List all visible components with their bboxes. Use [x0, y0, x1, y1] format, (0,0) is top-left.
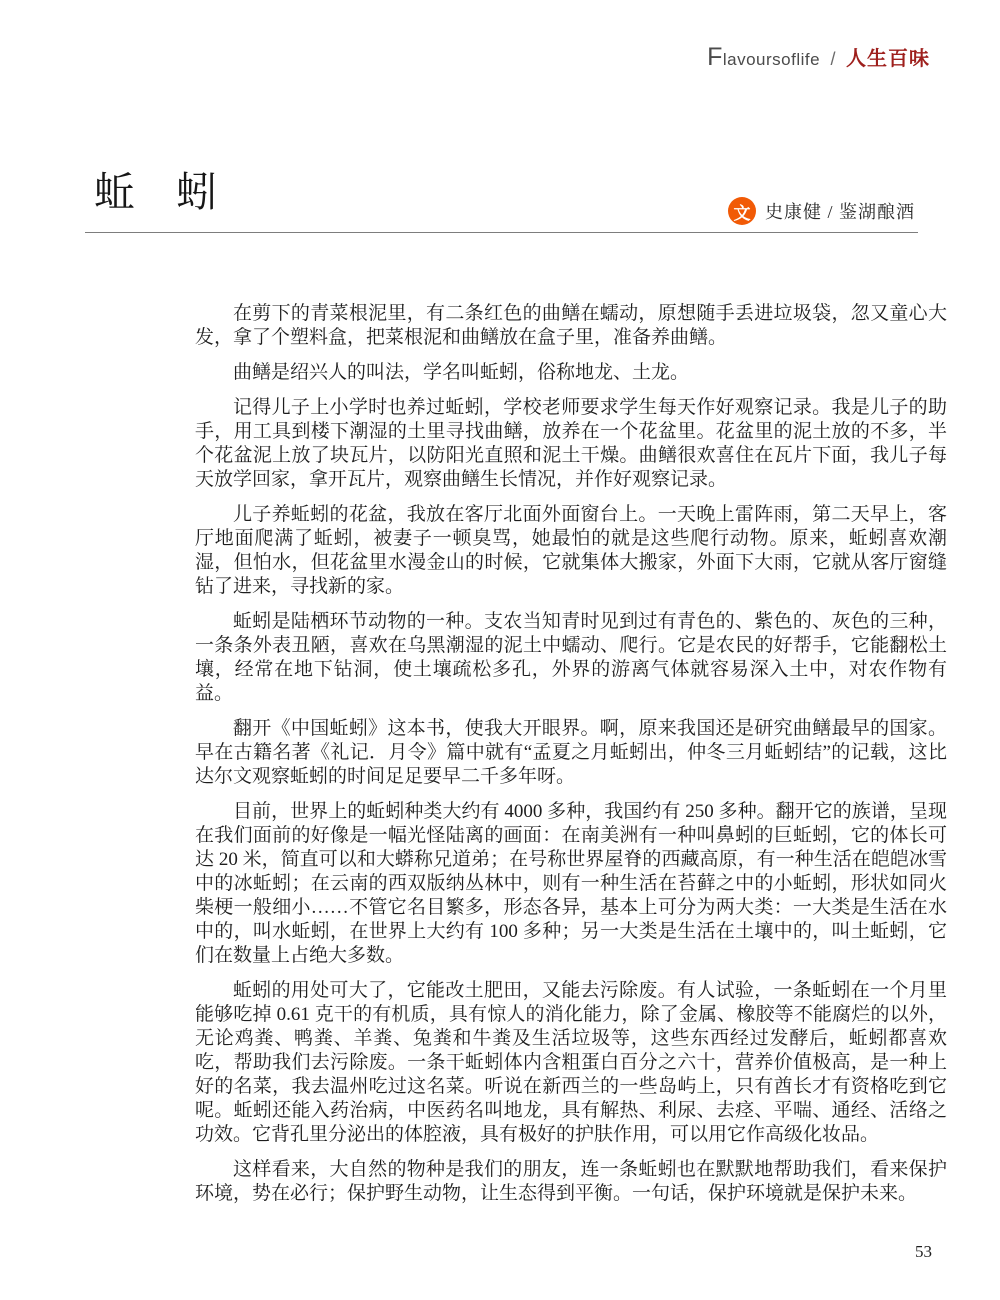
paragraph: 曲鳝是绍兴人的叫法，学名叫蚯蚓，俗称地龙、土龙。: [195, 361, 947, 385]
section-label: 人生百味: [846, 48, 930, 70]
brand-initial: F: [707, 43, 723, 71]
article-title: 蚯 蚓: [94, 168, 217, 217]
brand-name: lavoursoflife: [723, 50, 820, 69]
page-number: 53: [915, 1242, 932, 1262]
paragraph: 儿子养蚯蚓的花盆，我放在客厅北面外面窗台上。一天晚上雷阵雨，第二天早上，客厅地面…: [195, 503, 947, 599]
paragraph: 这样看来，大自然的物种是我们的朋友，连一条蚯蚓也在默默地帮助我们，看来保护环境，…: [195, 1158, 947, 1206]
byline-text: 史康健 / 鉴湖酿酒: [765, 198, 915, 224]
article-body: 在剪下的青菜根泥里，有二条红色的曲鳝在蠕动，原想随手丢进垃圾袋，忽又童心大发，拿…: [195, 302, 947, 1217]
header-separator: /: [831, 49, 836, 69]
paragraph: 在剪下的青菜根泥里，有二条红色的曲鳝在蠕动，原想随手丢进垃圾袋，忽又童心大发，拿…: [195, 302, 947, 350]
paragraph: 记得儿子上小学时也养过蚯蚓，学校老师要求学生每天作好观察记录。我是儿子的助手，用…: [195, 396, 947, 492]
page-header: Flavoursoflife / 人生百味: [707, 42, 930, 72]
magazine-page: Flavoursoflife / 人生百味 蚯 蚓 文 史康健 / 鉴湖酿酒 在…: [0, 0, 1000, 1300]
byline: 文 史康健 / 鉴湖酿酒: [728, 197, 915, 225]
paragraph: 蚯蚓是陆栖环节动物的一种。支农当知青时见到过有青色的、紫色的、灰色的三种，一条条…: [195, 610, 947, 706]
paragraph: 目前，世界上的蚯蚓种类大约有 4000 多种，我国约有 250 多种。翻开它的族…: [195, 800, 947, 968]
author-text-icon: 文: [728, 197, 756, 225]
title-divider: [85, 232, 918, 233]
paragraph: 翻开《中国蚯蚓》这本书，使我大开眼界。啊，原来我国还是研究曲鳝最早的国家。早在古…: [195, 717, 947, 789]
paragraph: 蚯蚓的用处可大了，它能改土肥田，又能去污除废。有人试验，一条蚯蚓在一个月里能够吃…: [195, 979, 947, 1147]
